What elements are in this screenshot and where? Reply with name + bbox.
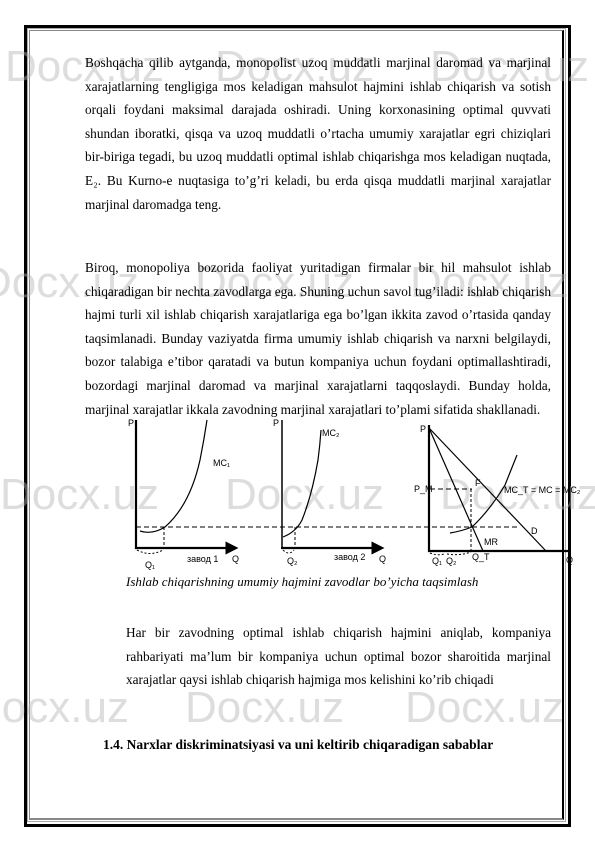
figure-caption: Ishlab chiqarishning umumiy hajmini zavo… <box>126 574 478 590</box>
quantity-label-q1: Q₁ <box>145 560 155 570</box>
point-label-f: F <box>475 478 481 488</box>
curve-label-mc-total: MC_T = MC = MC₂ <box>504 485 581 495</box>
paragraph-3: Har bir zavodning optimal ishlab chiqari… <box>126 621 551 692</box>
curve-label-mc1: MC₁ <box>213 458 230 468</box>
axis-label-q: Q <box>232 554 239 564</box>
price-label-pm: P_M <box>414 484 433 494</box>
figure-plant-distribution: P MC₁ завод 1 Q Q₁ P MC₂ завод 2 Q Q₂ P … <box>0 0 595 842</box>
quantity-label-q1: Q₁ <box>432 556 442 566</box>
axis-label-p: P <box>420 424 426 434</box>
section-heading: 1.4. Narxlar diskriminatsiyasi va uni ke… <box>103 737 493 753</box>
plant-caption: завод 2 <box>334 552 365 562</box>
panel-plant-2: P MC₂ завод 2 Q Q₂ <box>273 418 386 566</box>
axis-label-p: P <box>128 418 134 428</box>
quantity-label-q2: Q₂ <box>446 556 457 566</box>
curve-label-mc2: MC₂ <box>322 428 340 438</box>
quantity-label-qt: Q_T <box>472 552 490 562</box>
axis-label-q: Q <box>379 554 386 564</box>
curve-label-demand: D <box>531 526 538 536</box>
curve-label-mr: MR <box>484 537 498 547</box>
axis-label-p: P <box>273 418 279 428</box>
plant-caption: завод 1 <box>187 554 218 564</box>
quantity-label-q2: Q₂ <box>287 556 298 566</box>
panel-plant-1: P MC₁ завод 1 Q Q₁ <box>128 418 239 570</box>
panel-firm-total: P P_M F MC_T = MC = MC₂ D MR Q₁ Q₂ Q_T Q <box>414 424 581 566</box>
axis-label-q: Q <box>566 555 573 565</box>
